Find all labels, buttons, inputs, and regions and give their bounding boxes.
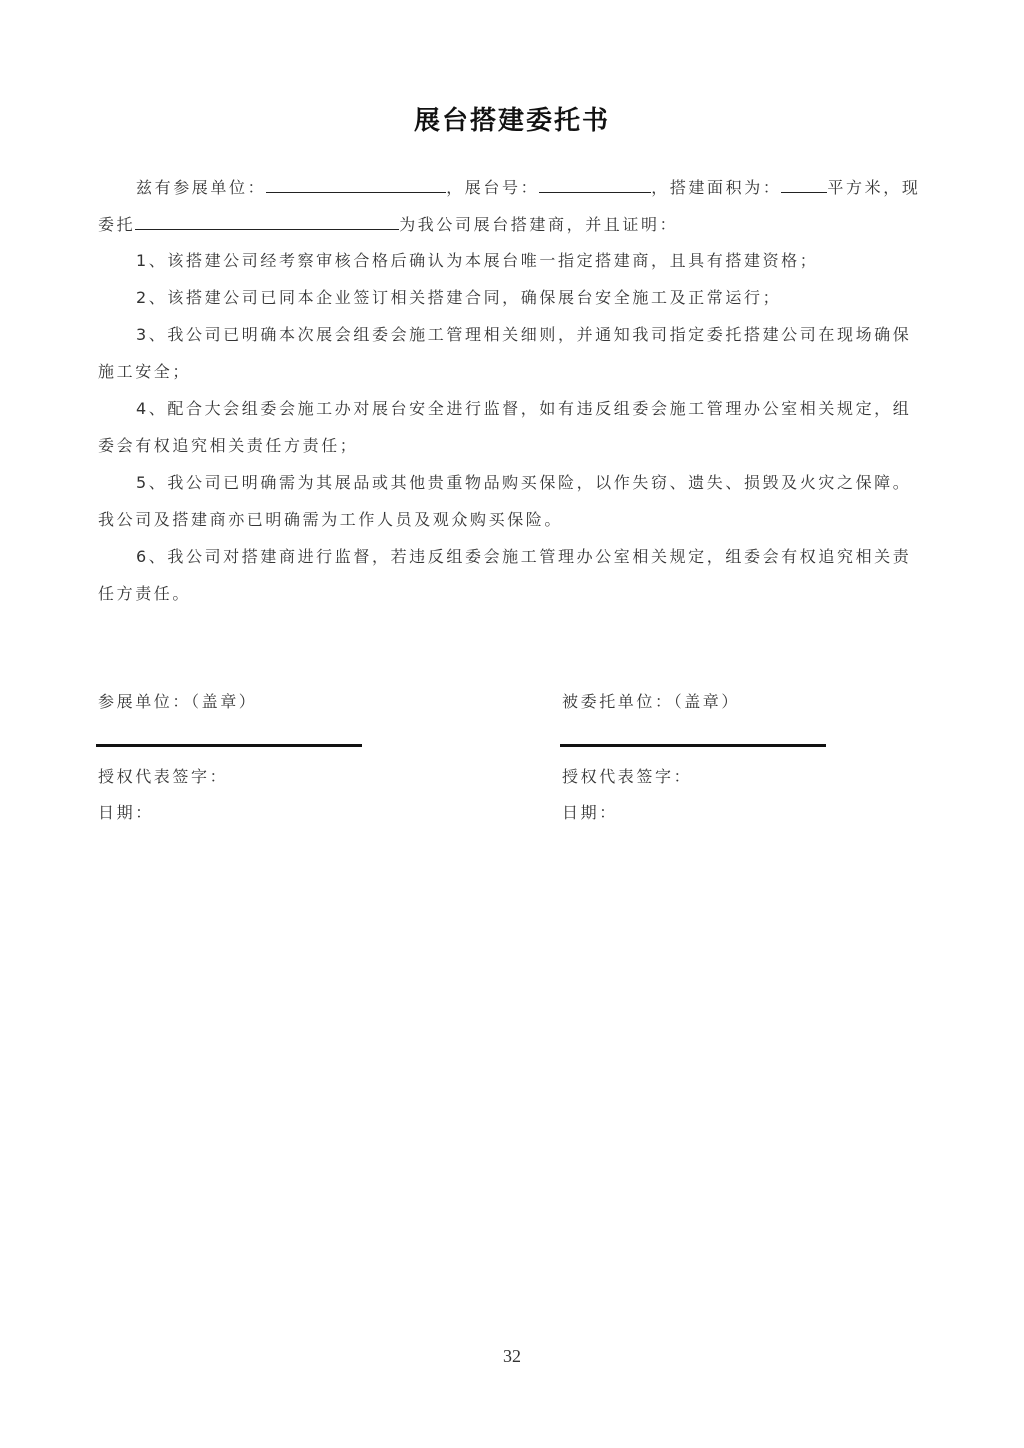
contractor-date-label: 日期： [562,800,618,823]
clause-5: 5、我公司已明确需为其展品或其他贵重物品购买保险，以作失窃、遗失、损毁及火灾之保… [136,470,911,493]
page-number: 32 [0,1346,1024,1367]
clause-4-cont: 委会有权追究相关责任方责任； [98,433,358,456]
document-page: 展台搭建委托书 兹有参展单位：，展台号：，搭建面积为：平方米，现 委托为我公司展… [0,0,1024,1448]
clause-6-cont: 任方责任。 [98,581,191,604]
clause-2: 2、该搭建公司已同本企业签订相关搭建合同，确保展台安全施工及正常运行； [136,285,781,308]
contractor-field[interactable] [135,211,399,230]
exhibitor-signature-label: 授权代表签字： [98,764,228,787]
clause-4: 4、配合大会组委会施工办对展台安全进行监督，如有违反组委会施工管理办公室相关规定… [136,396,911,419]
clause-1: 1、该搭建公司经考察审核合格后确认为本展台唯一指定搭建商，且具有搭建资格； [136,248,818,271]
clause-5-cont: 我公司及搭建商亦已明确需为工作人员及观众购买保险。 [98,507,563,530]
intro-prefix: 兹有参展单位： [136,178,266,197]
exhibitor-signature-line[interactable] [96,744,362,747]
entrust-suffix: 为我公司展台搭建商，并且证明： [399,215,678,234]
exhibitor-date-label: 日期： [98,800,154,823]
entrust-prefix: 委托 [98,215,135,234]
contractor-seal-label: 被委托单位：（盖章） [562,689,740,712]
intro-line-2: 委托为我公司展台搭建商，并且证明： [98,211,678,235]
exhibitor-unit-field[interactable] [266,174,446,193]
intro-line-1: 兹有参展单位：，展台号：，搭建面积为：平方米，现 [136,174,920,198]
booth-number-label: ，展台号： [446,178,539,197]
area-field[interactable] [781,174,827,193]
exhibitor-seal-label: 参展单位：（盖章） [98,689,257,712]
clause-3: 3、我公司已明确本次展会组委会施工管理相关细则，并通知我司指定委托搭建公司在现场… [136,322,911,345]
area-label: ，搭建面积为： [651,178,781,197]
booth-number-field[interactable] [539,174,651,193]
document-title: 展台搭建委托书 [0,100,1024,137]
contractor-signature-line[interactable] [560,744,826,747]
contractor-signature-label: 授权代表签字： [562,764,692,787]
area-unit-suffix: 平方米，现 [827,178,920,197]
clause-6: 6、我公司对搭建商进行监督，若违反组委会施工管理办公室相关规定，组委会有权追究相… [136,544,911,567]
clause-3-cont: 施工安全； [98,359,191,382]
